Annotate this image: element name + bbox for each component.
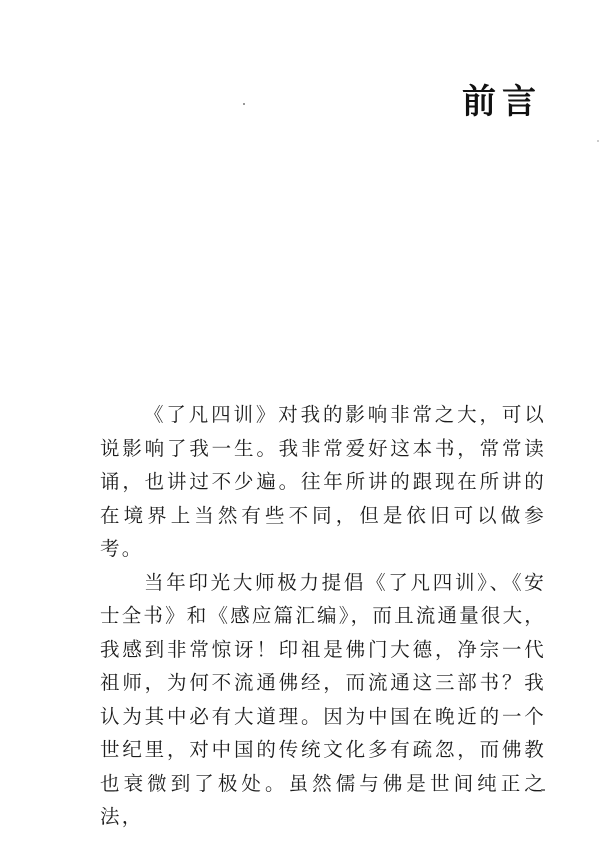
scan-speck	[243, 103, 245, 105]
scan-speck	[541, 789, 545, 791]
page-title: 前言	[462, 74, 542, 123]
paragraph-1: 《了凡四训》对我的影响非常之大，可以说影响了我一生。我非常爱好这本书，常常读诵，…	[100, 398, 546, 566]
document-page: 前言 《了凡四训》对我的影响非常之大，可以说影响了我一生。我非常爱好这本书，常常…	[0, 0, 600, 868]
paragraph-2: 当年印光大师极力提倡《了凡四训》、《安士全书》和《感应篇汇编》，而且流通量很大，…	[100, 566, 546, 834]
body-text: 《了凡四训》对我的影响非常之大，可以说影响了我一生。我非常爱好这本书，常常读诵，…	[100, 398, 546, 834]
scan-speck	[597, 140, 599, 142]
